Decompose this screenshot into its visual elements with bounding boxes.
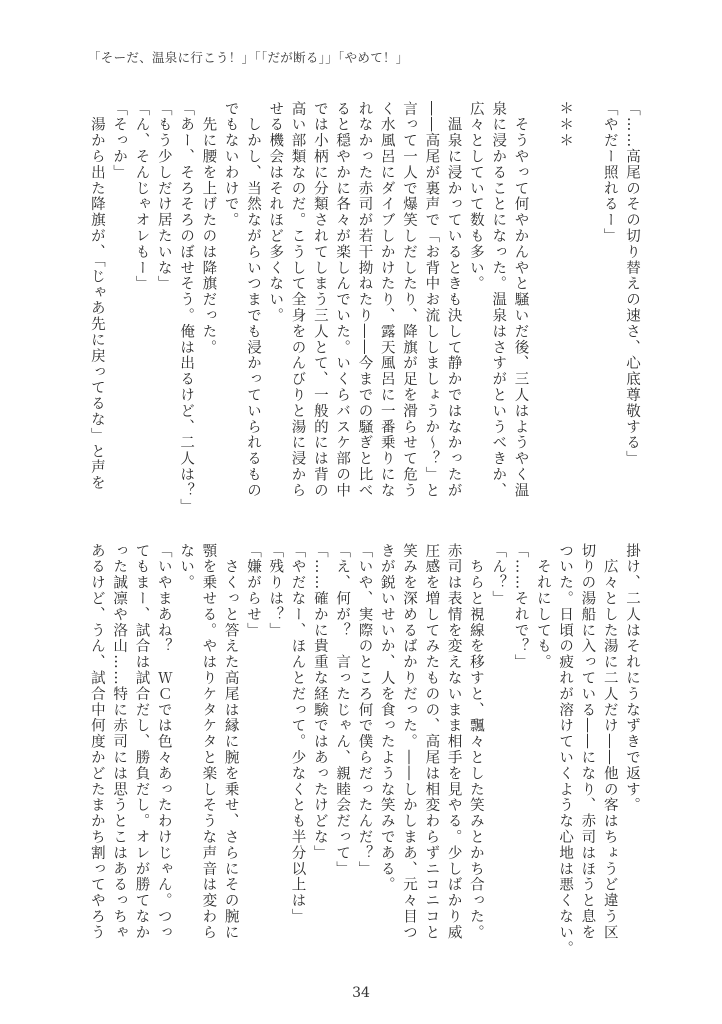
- text-column: 高い部類なのだ。こうして全身をのんびりと湯に浸から: [286, 101, 308, 501]
- text-column: 「やだー照れるー」: [598, 101, 620, 501]
- text-column: 「……高尾のその切り替えの速さ、心底尊敬する」: [621, 101, 643, 501]
- text-column: ついた。日頃の疲れが溶けていくような心地は悪くない。: [554, 543, 576, 943]
- blank-column: [532, 101, 554, 501]
- text-column: ると穏やかに各々が楽しんでいた。いくらバスケ部の中: [331, 101, 353, 501]
- text-column: それにしても。: [532, 543, 554, 943]
- text-column: あるけど、うん、試合中何度かどたまかち割ってやろう: [86, 543, 108, 943]
- text-column: 「いや、実際のところ何で僕らだったんだ？」: [353, 543, 375, 943]
- lower-text-block: 掛け、二人はそれにうなずきで返す。 広々とした湯に二人だけ――他の客はちょうど違…: [86, 543, 643, 943]
- text-column: 先に腰を上げたのは降旗だった。: [197, 101, 219, 501]
- text-column: 温泉に浸かっているときも決して静かではなかったが: [442, 101, 464, 501]
- text-column: ――高尾が裏声で「お背中お流ししましょうか～？」と: [420, 101, 442, 501]
- text-column: く水風呂にダイブしかけたり、露天風呂に一番乗りにな: [375, 101, 397, 501]
- text-column: ない。: [175, 543, 197, 943]
- text-column: 「もう少しだけ居たいな」: [152, 101, 174, 501]
- text-column: 「そっか」: [108, 101, 130, 501]
- text-column: 顎を乗せる。やはりケタケタと楽しそうな声音は変わら: [197, 543, 219, 943]
- text-column: 「……確かに貴重な経験ではあったけどな」: [309, 543, 331, 943]
- scene-break-asterisks: ＊＊＊: [554, 101, 576, 501]
- text-column: せる機会はそれほど多くない。: [264, 101, 286, 501]
- text-column: 赤司は表情を変えないまま相手を見やる。少しばかり威: [442, 543, 464, 943]
- text-column: しかし、当然ながらいつまでも浸かっていられるもの: [242, 101, 264, 501]
- text-column: 切りの湯船に入っている――になり、赤司はほうと息を: [576, 543, 598, 943]
- text-column: 「いやまあね？ ＷＣでは色々あったわけじゃん。つっ: [152, 543, 174, 943]
- text-column: った誠凛や洛山……特に赤司には思うとこはあるっちゃ: [108, 543, 130, 943]
- text-column: 「残りは？」: [264, 543, 286, 943]
- text-column: 「……それで？」: [509, 543, 531, 943]
- running-header-title: 「そーだ、温泉に行こう！」「「だが断る」」「やめて！」: [88, 50, 409, 66]
- text-column: では小柄に分類されてしまう三人とて、一般的には背の: [309, 101, 331, 501]
- text-column: ちらと視線を移すと、飄々とした笑みとかち合った。: [465, 543, 487, 943]
- text-column: さくっと答えた高尾は縁に腕を乗せ、さらにその腕に: [219, 543, 241, 943]
- text-column: 掛け、二人はそれにうなずきで返す。: [621, 543, 643, 943]
- text-column: きが鋭いせいか、人を食ったような笑みである。: [375, 543, 397, 943]
- text-column: 「ん？」: [487, 543, 509, 943]
- text-column: 「あー、そろそろのぼせそう。俺は出るけど、二人は？」: [175, 101, 197, 501]
- page-number: 34: [0, 984, 722, 1002]
- text-column: 湯から出た降旗が、「じゃあ先に戻ってるな」と声を: [86, 101, 108, 501]
- text-column: 「え、何が？ 言ったじゃん、親睦会だって」: [331, 543, 353, 943]
- text-column: れなかった赤司が若干拗ねたり――今までの騒ぎと比べ: [353, 101, 375, 501]
- text-column: 広々としていて数も多い。: [465, 101, 487, 501]
- text-column: 広々とした湯に二人だけ――他の客はちょうど違う区: [598, 543, 620, 943]
- text-column: 言って一人で爆笑しだしたり、降旗が足を滑らせて危う: [398, 101, 420, 501]
- book-page: 「そーだ、温泉に行こう！」「「だが断る」」「やめて！」 「……高尾のその切り替え…: [0, 0, 722, 1024]
- upper-text-block: 「……高尾のその切り替えの速さ、心底尊敬する」「やだー照れるー」＊＊＊ そうやっ…: [86, 101, 643, 501]
- text-column: 「嫌がらせ」: [242, 543, 264, 943]
- text-column: 泉に浸かることになった。温泉はさすがというべきか、: [487, 101, 509, 501]
- text-column: 圧感を増してみたものの、高尾は相変わらずニコニコと: [420, 543, 442, 943]
- text-column: でもないわけで。: [219, 101, 241, 501]
- text-column: 笑みを深めるばかりだった。――しかしまあ、元々目つ: [398, 543, 420, 943]
- text-column: そうやって何やかんやと騒いだ後、三人はようやく温: [509, 101, 531, 501]
- text-column: 「ん、そんじゃオレもー」: [130, 101, 152, 501]
- blank-column: [576, 101, 598, 501]
- text-column: 「やだなー、ほんとだって。少なくとも半分以上は」: [286, 543, 308, 943]
- text-column: てもまー、試合は試合だし、勝負だし。オレが勝てなか: [130, 543, 152, 943]
